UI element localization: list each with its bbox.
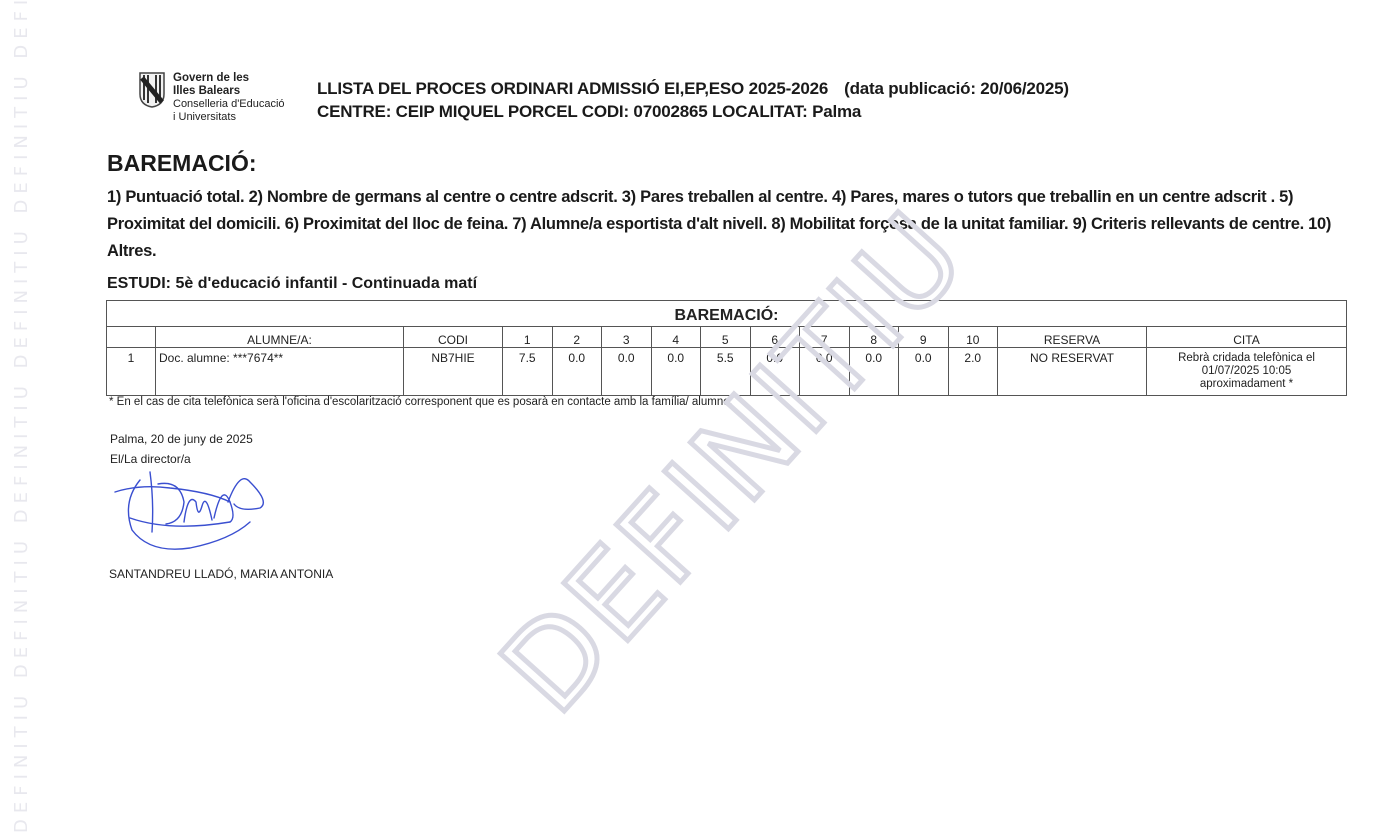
criteria-legend: 1) Puntuació total. 2) Nombre de germans… xyxy=(107,184,1357,265)
logo-line-1: Govern de les xyxy=(173,72,285,85)
centre-line: CENTRE: CEIP MIQUEL PORCEL CODI: 0700286… xyxy=(317,100,1069,123)
results-table: BAREMACIÓ: ALUMNE/A: CODI 1 2 3 4 5 6 7 … xyxy=(106,300,1347,396)
header-criterion-4: 4 xyxy=(651,327,701,348)
header-criterion-6: 6 xyxy=(750,327,800,348)
score-8: 0.0 xyxy=(849,348,899,396)
score-7: 0.0 xyxy=(800,348,850,396)
place-date: Palma, 20 de juny de 2025 xyxy=(110,432,253,446)
student-doc: Doc. alumne: ***7674** xyxy=(156,348,404,396)
header-reserva: RESERVA xyxy=(998,327,1147,348)
student-code: NB7HIE xyxy=(404,348,503,396)
header-criterion-5: 5 xyxy=(701,327,751,348)
header-criterion-1: 1 xyxy=(503,327,553,348)
signature-image xyxy=(110,462,270,558)
shield-icon xyxy=(139,72,165,108)
score-3: 0.0 xyxy=(602,348,652,396)
list-title: LLISTA DEL PROCES ORDINARI ADMISSIÓ EI,E… xyxy=(317,79,828,98)
header-criterion-10: 10 xyxy=(948,327,998,348)
footnote: * En el cas de cita telefònica serà l'of… xyxy=(109,396,733,408)
logo-line-3: Conselleria d'Educació xyxy=(173,98,285,111)
govern-logo: Govern de les Illes Balears Conselleria … xyxy=(139,72,285,124)
score-1: 7.5 xyxy=(503,348,553,396)
publication-date: (data publicació: 20/06/2025) xyxy=(844,79,1069,98)
logo-line-4: i Universitats xyxy=(173,111,285,124)
header-cita: CITA xyxy=(1147,327,1347,348)
table-header-row: ALUMNE/A: CODI 1 2 3 4 5 6 7 8 9 10 RESE… xyxy=(107,327,1347,348)
cita-info: Rebrà cridada telefònica el 01/07/2025 1… xyxy=(1147,348,1347,396)
table-row: 1 Doc. alumne: ***7674** NB7HIE 7.5 0.0 … xyxy=(107,348,1347,396)
score-6: 0.0 xyxy=(750,348,800,396)
cita-line-3: aproximadament * xyxy=(1147,378,1346,391)
reserva-status: NO RESERVAT xyxy=(998,348,1147,396)
score-9: 0.0 xyxy=(899,348,949,396)
score-4: 0.0 xyxy=(651,348,701,396)
document-header: LLISTA DEL PROCES ORDINARI ADMISSIÓ EI,E… xyxy=(317,77,1069,123)
director-name: SANTANDREU LLADÓ, MARIA ANTONIA xyxy=(109,567,333,581)
cita-line-1: Rebrà cridada telefònica el xyxy=(1147,352,1346,365)
header-criterion-8: 8 xyxy=(849,327,899,348)
row-number: 1 xyxy=(107,348,156,396)
score-2: 0.0 xyxy=(552,348,602,396)
header-num xyxy=(107,327,156,348)
baremacio-title: BAREMACIÓ: xyxy=(107,150,257,177)
side-watermark-text: DEFINITIU DEFINITIU DEFINITIU DEFINITIU … xyxy=(14,0,32,833)
table-title: BAREMACIÓ: xyxy=(107,301,1347,327)
score-5: 5.5 xyxy=(701,348,751,396)
header-alumne: ALUMNE/A: xyxy=(156,327,404,348)
side-watermark: DEFINITIU DEFINITIU DEFINITIU DEFINITIU … xyxy=(14,0,34,833)
logo-line-2: Illes Balears xyxy=(173,85,285,98)
header-criterion-2: 2 xyxy=(552,327,602,348)
score-10: 2.0 xyxy=(948,348,998,396)
header-criterion-9: 9 xyxy=(899,327,949,348)
header-codi: CODI xyxy=(404,327,503,348)
study-label: ESTUDI: 5è d'educació infantil - Continu… xyxy=(107,275,477,293)
header-criterion-3: 3 xyxy=(602,327,652,348)
header-criterion-7: 7 xyxy=(800,327,850,348)
cita-line-2: 01/07/2025 10:05 xyxy=(1147,365,1346,378)
